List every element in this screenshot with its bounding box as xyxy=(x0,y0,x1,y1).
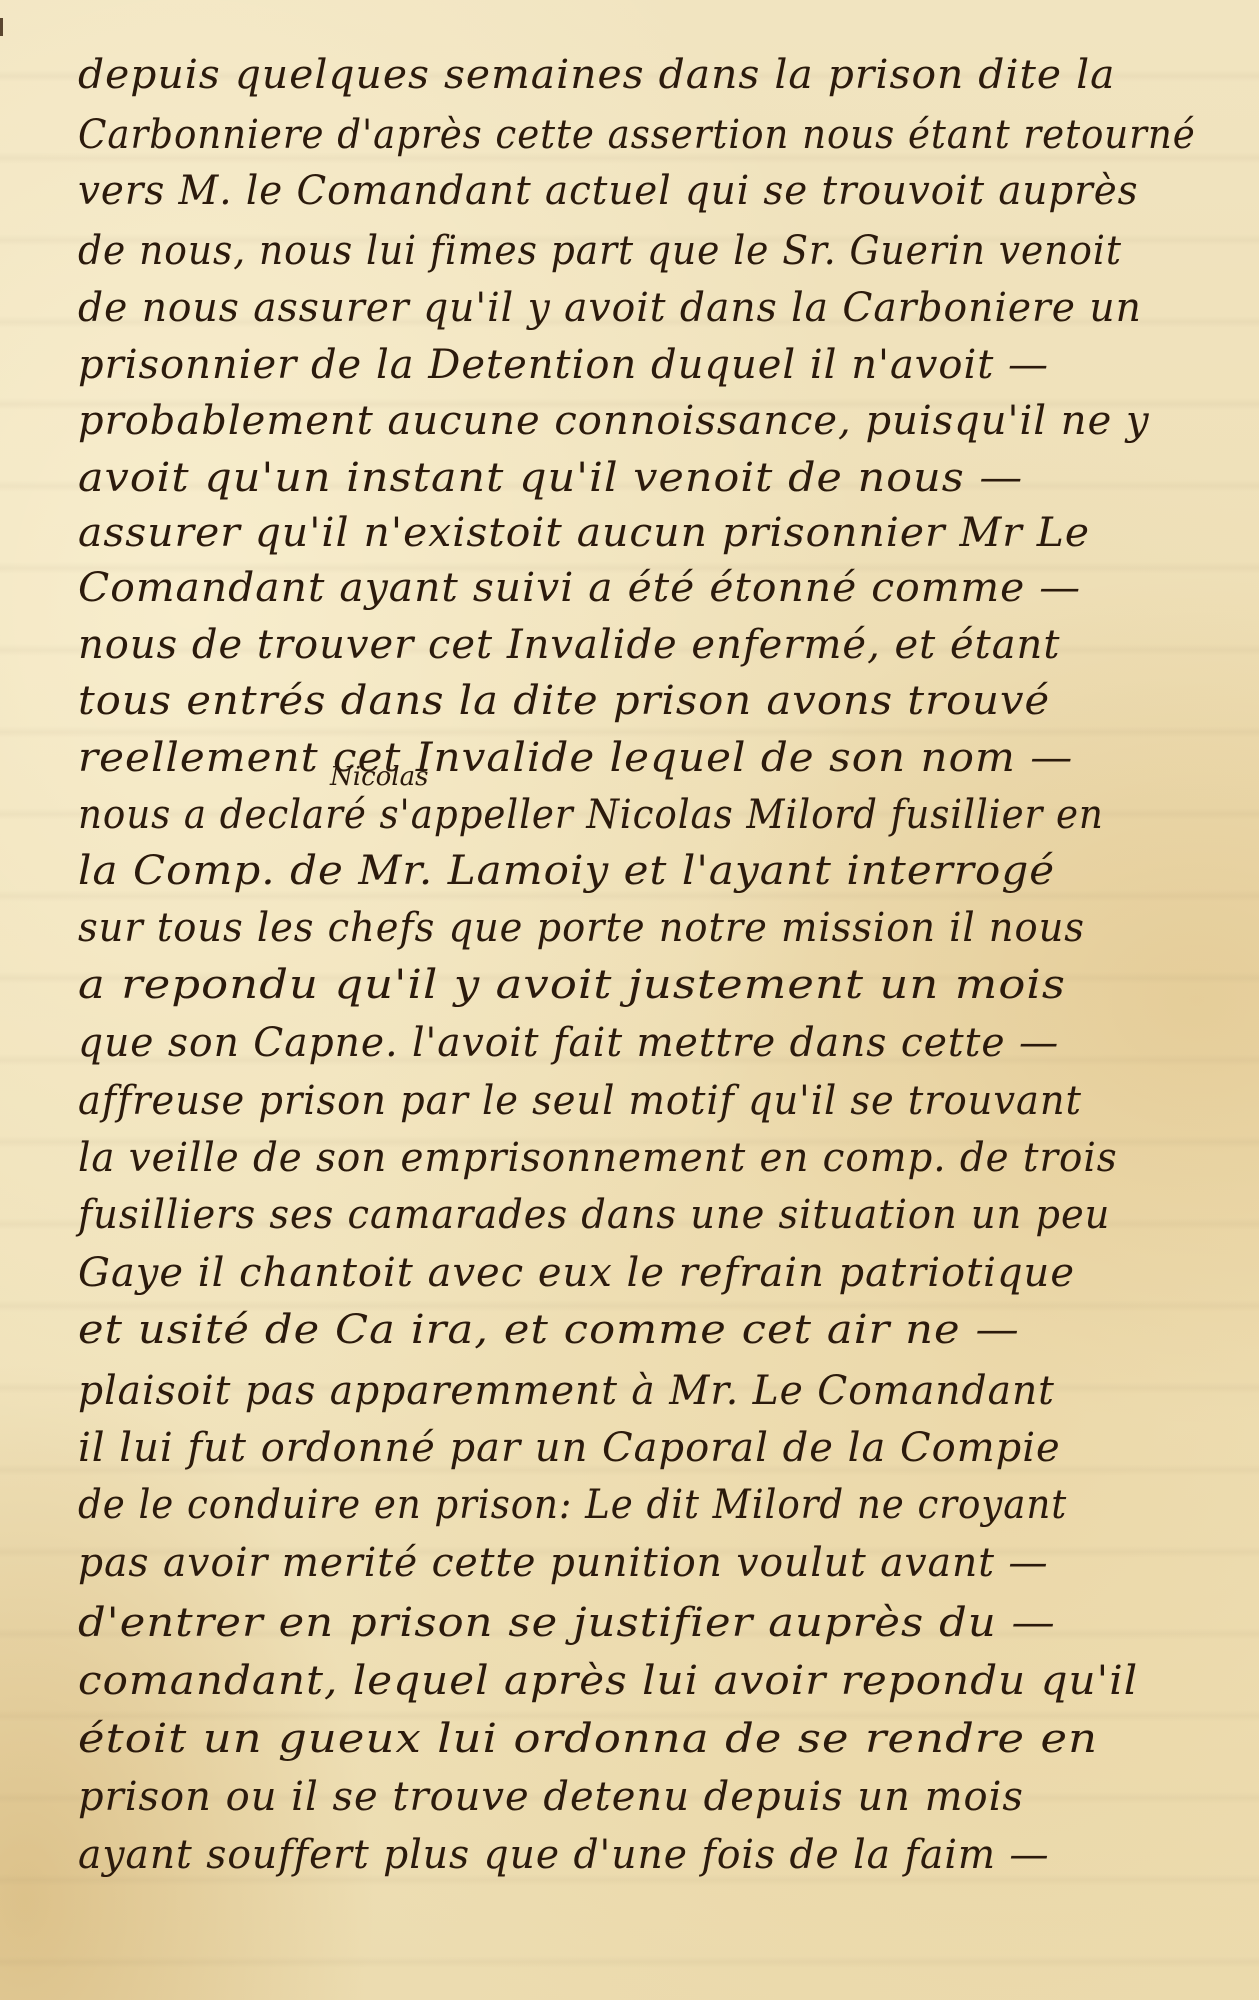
manuscript-line-12: tous entrés dans la dite prison avons tr… xyxy=(78,678,1050,724)
manuscript-line-7: probablement aucune connoissance, puisqu… xyxy=(78,398,1150,444)
manuscript-line-26: de le conduire en prison: Le dit Milord … xyxy=(78,1482,1067,1528)
manuscript-line-32: ayant souffert plus que d'une fois de la… xyxy=(78,1832,1050,1878)
manuscript-line-8: avoit qu'un instant qu'il venoit de nous… xyxy=(78,455,1023,501)
manuscript-line-10: Comandant ayant suivi a été étonné comme… xyxy=(78,565,1081,611)
manuscript-line-31: prison ou il se trouve detenu depuis un … xyxy=(78,1774,1024,1820)
manuscript-line-29: comandant, lequel après lui avoir repond… xyxy=(78,1658,1138,1704)
manuscript-line-9: assurer qu'il n'existoit aucun prisonnie… xyxy=(78,510,1090,556)
manuscript-line-5: de nous assurer qu'il y avoit dans la Ca… xyxy=(78,285,1142,331)
manuscript-line-30: étoit un gueux lui ordonna de se rendre … xyxy=(78,1716,1098,1762)
manuscript-line-25: il lui fut ordonné par un Caporal de la … xyxy=(78,1425,1061,1471)
interlinear-insertion: Nicolas xyxy=(330,762,428,792)
manuscript-line-23: et usité de Ca ira, et comme cet air ne … xyxy=(78,1307,1020,1353)
manuscript-line-3: vers M. le Comandant actuel qui se trouv… xyxy=(78,168,1139,214)
manuscript-line-18: que son Capne. l'avoit fait mettre dans … xyxy=(78,1020,1059,1066)
manuscript-line-4: de nous, nous lui fimes part que le Sr. … xyxy=(78,228,1122,274)
manuscript-line-19: affreuse prison par le seul motif qu'il … xyxy=(78,1078,1082,1124)
manuscript-page: depuis quelques semaines dans la prison … xyxy=(0,0,1259,2000)
margin-mark xyxy=(0,18,3,36)
manuscript-line-24: plaisoit pas apparemment à Mr. Le Comand… xyxy=(78,1368,1055,1414)
manuscript-line-6: prisonnier de la Detention duquel il n'a… xyxy=(78,342,1049,388)
manuscript-line-17: a repondu qu'il y avoit justement un moi… xyxy=(78,962,1066,1008)
manuscript-line-11: nous de trouver cet Invalide enfermé, et… xyxy=(78,622,1060,668)
manuscript-line-22: Gaye il chantoit avec eux le refrain pat… xyxy=(78,1250,1075,1296)
manuscript-line-13: reellement cet Invalide lequel de son no… xyxy=(78,735,1073,781)
manuscript-line-16: sur tous les chefs que porte notre missi… xyxy=(78,905,1085,951)
manuscript-line-14: nous a declaré s'appeller Nicolas Milord… xyxy=(78,792,1104,838)
manuscript-line-2: Carbonniere d'après cette assertion nous… xyxy=(78,112,1196,158)
manuscript-line-21: fusilliers ses camarades dans une situat… xyxy=(78,1192,1110,1238)
manuscript-line-20: la veille de son emprisonnement en comp.… xyxy=(78,1135,1118,1181)
manuscript-line-15: la Comp. de Mr. Lamoiy et l'ayant interr… xyxy=(78,848,1055,894)
manuscript-line-1: depuis quelques semaines dans la prison … xyxy=(78,52,1115,98)
manuscript-line-27: pas avoir merité cette punition voulut a… xyxy=(78,1540,1049,1586)
manuscript-line-28: d'entrer en prison se justifier auprès d… xyxy=(78,1600,1056,1646)
